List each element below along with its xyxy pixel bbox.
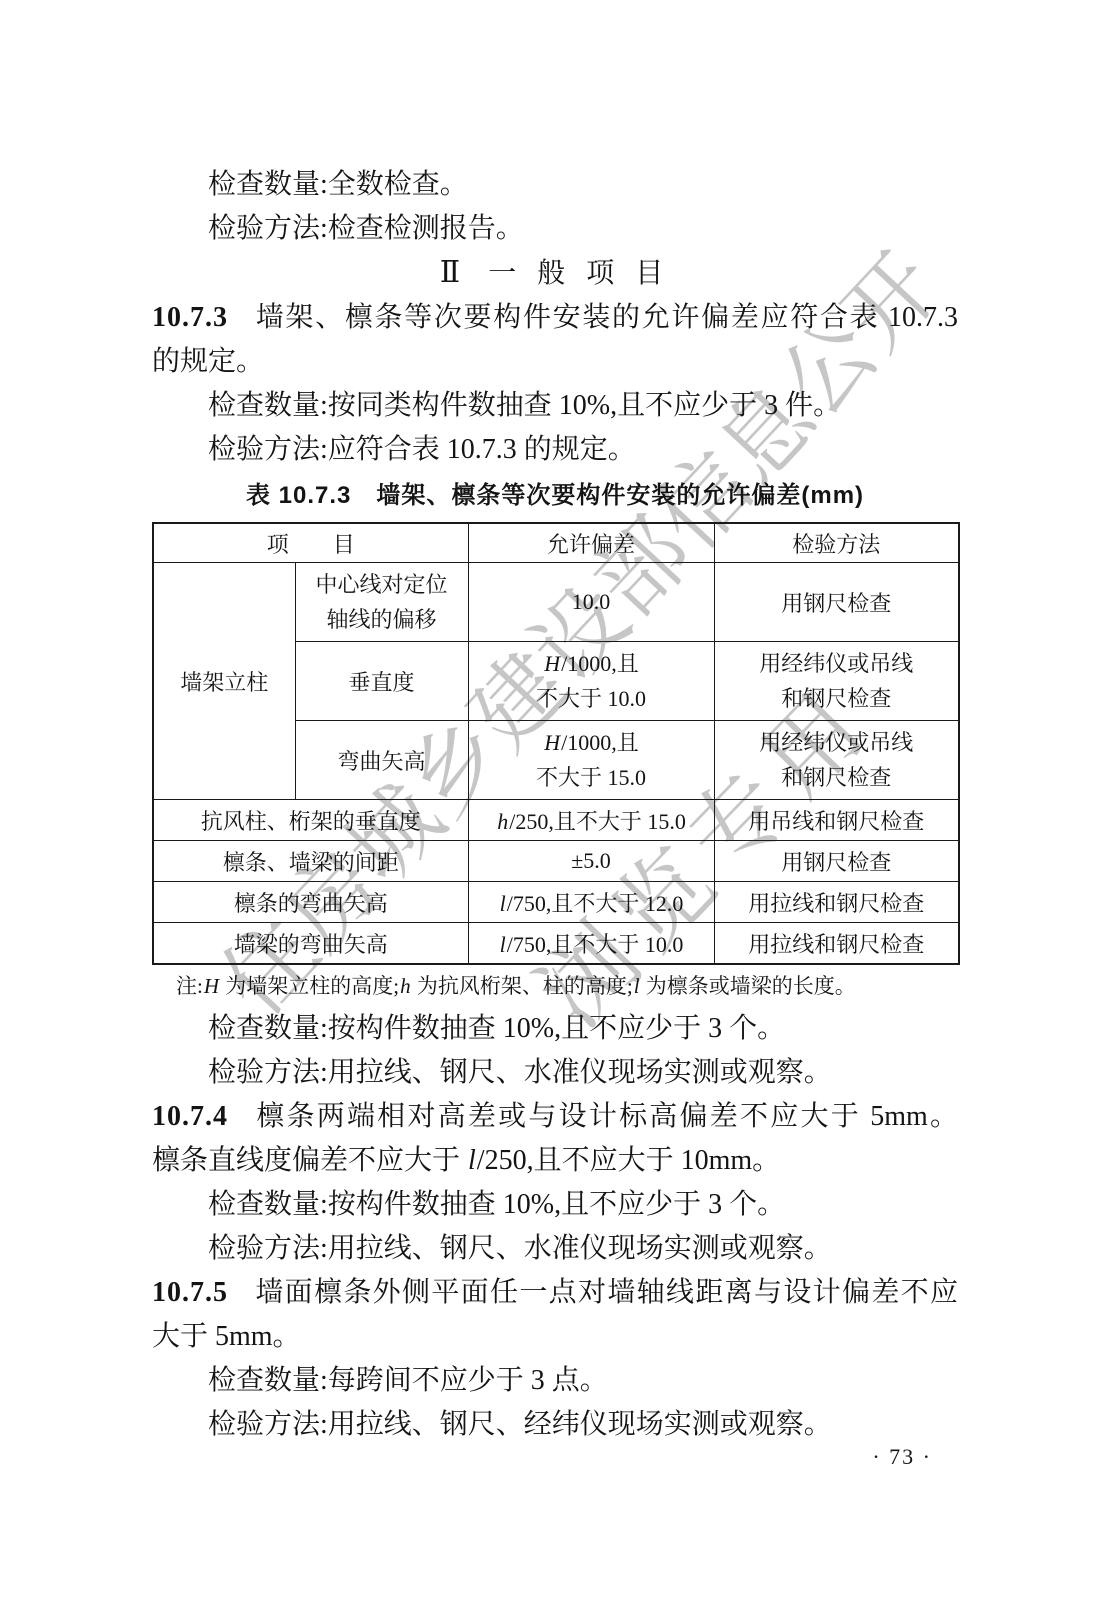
clause-10-7-4-check-quantity: 检查数量:按构件数抽查 10%,且不应少于 3 个。 xyxy=(152,1183,958,1227)
document-page: 住房城乡建设部信息公开 浏览专用 检查数量:全数检查。 检验方法:检查检测报告。… xyxy=(0,0,1106,1598)
table-note: 注:H 为墙架立柱的高度;h 为抗风桁架、柱的高度;l 为檩条或墙梁的长度。 xyxy=(176,973,958,999)
tolerance-cell: h/250,且不大于 15.0 xyxy=(468,800,714,841)
col-header-item: 项 目 xyxy=(153,523,468,563)
clause-10-7-3-check-method: 检验方法:应符合表 10.7.3 的规定。 xyxy=(152,428,958,472)
tolerance-cell: H/1000,且 不大于 10.0 xyxy=(468,642,714,721)
clause-10-7-4-line1: 10.7.4檩条两端相对高差或与设计标高偏差不应大于 5mm。 xyxy=(152,1095,958,1139)
tolerance-text: /250,且不大于 15.0 xyxy=(509,809,686,834)
page-content: 检查数量:全数检查。 检验方法:检查检测报告。 Ⅱ一 般 项 目 10.7.3墙… xyxy=(152,163,958,1447)
section-title: 一 般 项 目 xyxy=(488,258,670,289)
item-cell: 檩条的弯曲矢高 xyxy=(153,882,468,923)
tolerance-cell: H/1000,且 不大于 15.0 xyxy=(468,721,714,800)
table-row: 墙架立柱 中心线对定位 轴线的偏移 10.0 用钢尺检查 xyxy=(153,563,959,642)
item-cell: 墙梁的弯曲矢高 xyxy=(153,923,468,965)
clause-10-7-3-check-quantity: 检查数量:按同类构件数抽查 10%,且不应少于 3 件。 xyxy=(152,384,958,428)
clause-10-7-4-text: 檩条直线度偏差不应大于 xyxy=(152,1145,467,1176)
clause-10-7-5-number: 10.7.5 xyxy=(152,1277,228,1308)
item-cell: 中心线对定位 轴线的偏移 xyxy=(295,563,468,642)
method-line: 用经纬仪或吊线 xyxy=(715,646,959,681)
item-line: 中心线对定位 xyxy=(296,567,468,602)
method-cell: 用吊线和钢尺检查 xyxy=(714,800,959,841)
variable: l xyxy=(633,974,641,998)
method-cell: 用拉线和钢尺检查 xyxy=(714,923,959,965)
page-number: · 73 · xyxy=(872,1444,932,1470)
method-line: 和钢尺检查 xyxy=(715,681,959,716)
table-row: 檩条、墙梁的间距 ±5.0 用钢尺检查 xyxy=(153,841,959,882)
clause-10-7-3-line1: 10.7.3墙架、檩条等次要构件安装的允许偏差应符合表 10.7.3 xyxy=(152,296,958,340)
tolerance-text: /750,且不大于 10.0 xyxy=(507,932,684,957)
table-header-row: 项 目 允许偏差 检验方法 xyxy=(153,523,959,563)
table-check-quantity: 检查数量:按构件数抽查 10%,且不应少于 3 个。 xyxy=(152,1007,958,1051)
variable: H xyxy=(543,651,561,676)
tolerance-text: /1000,且 xyxy=(561,730,639,755)
tolerance-cell: l/750,且不大于 12.0 xyxy=(468,882,714,923)
note-prefix: 注: xyxy=(176,974,203,998)
method-cell: 用拉线和钢尺检查 xyxy=(714,882,959,923)
clause-10-7-4-text: 檩条两端相对高差或与设计标高偏差不应大于 5mm。 xyxy=(254,1101,958,1132)
item-cell: 抗风柱、桁架的垂直度 xyxy=(153,800,468,841)
clause-10-7-5-text: 墙面檩条外侧平面任一点对墙轴线距离与设计偏差不应 xyxy=(254,1277,958,1308)
variable: l xyxy=(499,891,507,916)
note-text: 为檩条或墙梁的长度。 xyxy=(641,974,856,998)
row-group-label: 墙架立柱 xyxy=(153,563,295,800)
tolerance-text: /1000,且 xyxy=(561,651,639,676)
method-cell: 用钢尺检查 xyxy=(714,563,959,642)
tolerance-cell: l/750,且不大于 10.0 xyxy=(468,923,714,965)
tolerance-cell: 10.0 xyxy=(468,563,714,642)
clause-10-7-4-check-method: 检验方法:用拉线、钢尺、水准仪现场实测或观察。 xyxy=(152,1227,958,1271)
method-line: 和钢尺检查 xyxy=(715,760,959,795)
method-cell: 用经纬仪或吊线 和钢尺检查 xyxy=(714,721,959,800)
variable: h xyxy=(399,974,412,998)
table-row: 墙梁的弯曲矢高 l/750,且不大于 10.0 用拉线和钢尺检查 xyxy=(153,923,959,965)
variable: H xyxy=(543,730,561,755)
method-line: 用经纬仪或吊线 xyxy=(715,725,959,760)
table-row: 抗风柱、桁架的垂直度 h/250,且不大于 15.0 用吊线和钢尺检查 xyxy=(153,800,959,841)
tolerance-table: 项 目 允许偏差 检验方法 墙架立柱 中心线对定位 轴线的偏移 10.0 用钢尺… xyxy=(152,522,960,965)
table-title: 表 10.7.3 墙架、檩条等次要构件安装的允许偏差(mm) xyxy=(152,478,958,514)
clause-10-7-3-number: 10.7.3 xyxy=(152,302,228,333)
item-cell: 檩条、墙梁的间距 xyxy=(153,841,468,882)
method-cell: 用钢尺检查 xyxy=(714,841,959,882)
col-header-tolerance: 允许偏差 xyxy=(468,523,714,563)
item-cell: 垂直度 xyxy=(295,642,468,721)
table-row: 檩条的弯曲矢高 l/750,且不大于 12.0 用拉线和钢尺检查 xyxy=(153,882,959,923)
tolerance-text: 不大于 10.0 xyxy=(469,681,714,716)
clause-10-7-5-check-quantity: 检查数量:每跨间不应少于 3 点。 xyxy=(152,1359,958,1403)
note-text: 为抗风桁架、柱的高度; xyxy=(412,974,633,998)
clause-10-7-3-text: 墙架、檩条等次要构件安装的允许偏差应符合表 10.7.3 xyxy=(254,302,958,333)
clause-10-7-5-line1: 10.7.5墙面檩条外侧平面任一点对墙轴线距离与设计偏差不应 xyxy=(152,1271,958,1315)
clause-10-7-5-check-method: 检验方法:用拉线、钢尺、经纬仪现场实测或观察。 xyxy=(152,1403,958,1447)
tolerance-text: /750,且不大于 12.0 xyxy=(507,891,684,916)
variable: l xyxy=(467,1145,477,1176)
method-cell: 用经纬仪或吊线 和钢尺检查 xyxy=(714,642,959,721)
section-numeral: Ⅱ xyxy=(440,255,460,290)
tolerance-cell: ±5.0 xyxy=(468,841,714,882)
tolerance-text: 不大于 15.0 xyxy=(469,760,714,795)
variable: h xyxy=(496,809,509,834)
intro-check-method: 检验方法:检查检测报告。 xyxy=(152,207,958,251)
variable: l xyxy=(499,932,507,957)
table-check-method: 检验方法:用拉线、钢尺、水准仪现场实测或观察。 xyxy=(152,1051,958,1095)
item-line: 轴线的偏移 xyxy=(296,602,468,637)
clause-10-7-4-number: 10.7.4 xyxy=(152,1101,228,1132)
variable: H xyxy=(203,974,220,998)
intro-check-quantity: 检查数量:全数检查。 xyxy=(152,163,958,207)
col-header-method: 检验方法 xyxy=(714,523,959,563)
clause-10-7-5-line2: 大于 5mm。 xyxy=(152,1315,958,1359)
section-heading: Ⅱ一 般 项 目 xyxy=(152,251,958,296)
item-cell: 弯曲矢高 xyxy=(295,721,468,800)
clause-10-7-4-line2: 檩条直线度偏差不应大于 l/250,且不应大于 10mm。 xyxy=(152,1139,958,1183)
note-text: 为墙架立柱的高度; xyxy=(220,974,399,998)
clause-10-7-3-line2: 的规定。 xyxy=(152,340,958,384)
clause-10-7-4-text: /250,且不应大于 10mm。 xyxy=(477,1145,780,1176)
